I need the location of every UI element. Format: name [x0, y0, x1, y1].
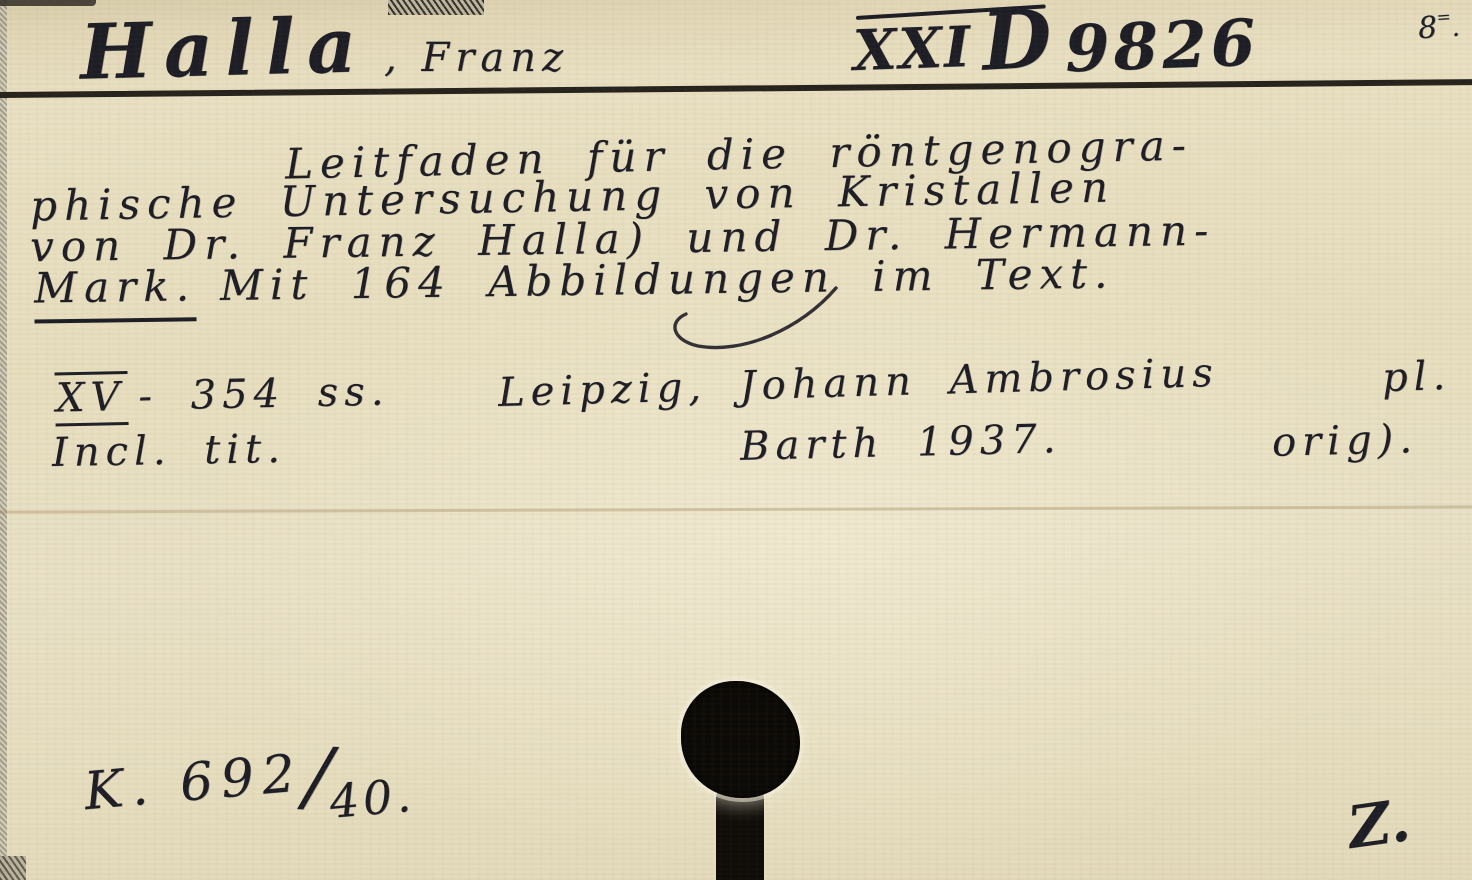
coauthor-surname-underlined: Mark. — [34, 261, 197, 323]
format-dot: . — [1450, 13, 1460, 44]
shelfmark-roman: XXI — [852, 14, 973, 84]
imprint-place-publisher: Leipzig, Johann Ambrosius — [497, 350, 1219, 416]
pages-count: - 354 ss. — [138, 369, 390, 420]
author-forename: , Franz — [384, 35, 569, 81]
format-mark: 8=. — [1417, 7, 1461, 47]
author-heading: Halla , Franz — [80, 4, 569, 93]
shelfmark: XXI D 9826 — [853, 8, 1260, 84]
catalog-card: Halla , Franz XXI D 9826 8=. Leitfaden f… — [0, 0, 1472, 880]
accession-number: K. 692 / 40. — [82, 734, 415, 826]
punch-hole — [681, 681, 800, 798]
shelfmark-number: 9826 — [1064, 6, 1261, 88]
accession-year: 40. — [327, 768, 417, 829]
scan-artifact-bottom-left — [0, 856, 26, 880]
faint-middle-rule — [0, 505, 1472, 513]
format-digit: 8 — [1417, 10, 1438, 46]
pen-flourish — [650, 284, 870, 356]
incl-tit-note: Incl. tit. — [52, 426, 287, 476]
publisher-year: Barth 1937. — [739, 416, 1061, 470]
author-surname: Halla — [79, 0, 369, 97]
cataloguer-initial: Z. — [1344, 786, 1414, 862]
punch-hole-slot — [716, 786, 764, 880]
accession-prefix: K. 692 — [82, 743, 306, 822]
format-superscript: = — [1436, 7, 1452, 28]
scan-edge-left — [0, 0, 7, 880]
binding-note-right: orig). — [1271, 416, 1418, 466]
collation-pages: XV- 354 ss. — [55, 369, 390, 422]
shelfmark-letter: D — [980, 6, 1053, 74]
pages-roman: XV — [54, 371, 128, 427]
binding-note-left: pl. — [1381, 353, 1452, 401]
